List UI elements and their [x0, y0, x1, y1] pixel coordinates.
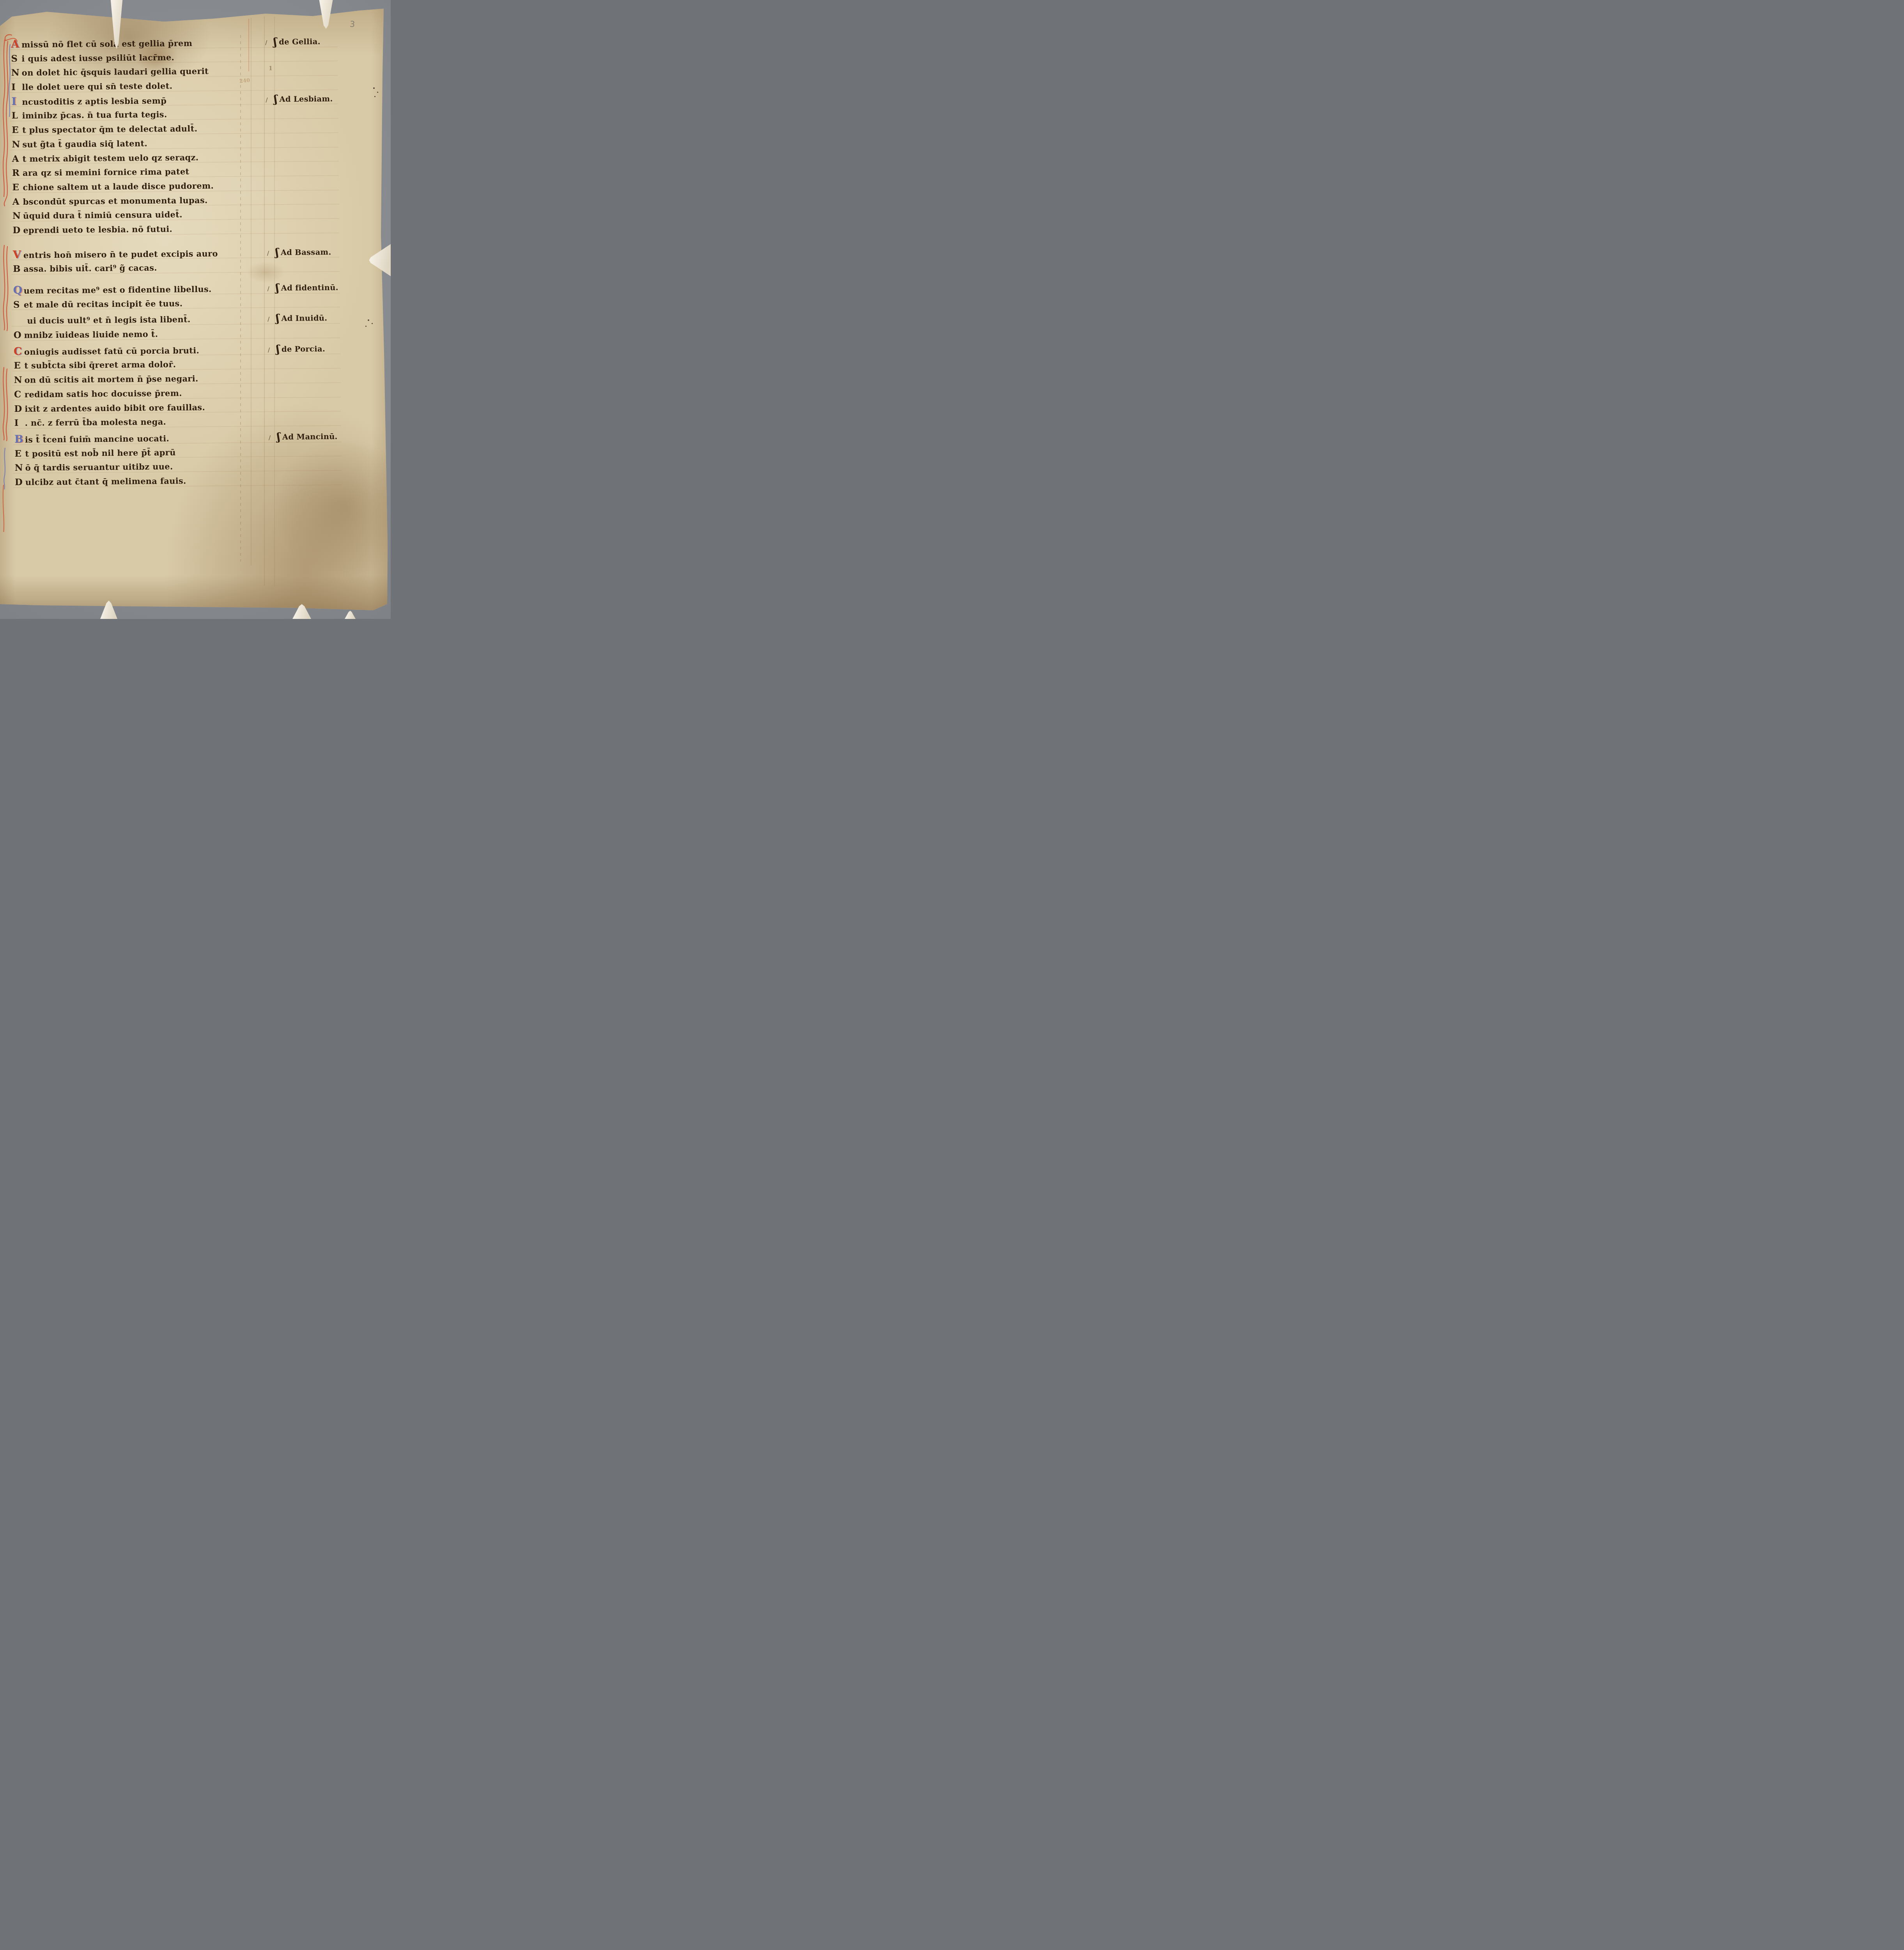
verse-text: mnibz īuideas liuide nemo t̄.	[24, 329, 158, 340]
rubric-label: Ad Bassam.	[281, 247, 331, 257]
verse-text: t metrix abigit testem uelo qz seraqz.	[23, 152, 199, 163]
verse-text: eprendi ueto te lesbia. nō futui.	[23, 224, 172, 235]
versal-initial: I	[11, 80, 22, 95]
verse-line: I. nc̄. z ferrū t̄ba molesta nega.	[14, 413, 346, 431]
verse-line: Deprendi ueto te lesbia. nō futui.	[12, 220, 345, 238]
rubric-label: Ad fidentinū.	[281, 283, 338, 292]
slash-mark-icon: ∕	[267, 285, 269, 292]
verse-line: Dulcibz aut c̄tant q̄ melimena fauis.	[15, 472, 347, 489]
rubric-label: Ad Mancinū.	[282, 432, 338, 441]
verse-text: ulcibz aut c̄tant q̄ melimena fauis.	[25, 476, 186, 487]
versal-initial: E	[14, 359, 24, 373]
versal-initial: B	[14, 433, 25, 447]
marginal-rubric: ∕ʃAd Lesbiam.	[272, 92, 333, 107]
rubric-label: Ad Lesbiam.	[279, 94, 333, 104]
verse-text: on dolet hic q̄squis laudari gellia quer…	[22, 66, 209, 78]
stray-mark: 240	[239, 78, 250, 85]
verse-text: . nc̄. z ferrū t̄ba molesta nega.	[25, 417, 166, 428]
paraph-icon: ʃ	[276, 343, 280, 355]
epigram-group: Ventris hon̄ misero n̄ te pudet excipis …	[13, 245, 345, 277]
ink-speck	[368, 319, 369, 321]
versal-initial: N	[11, 66, 22, 80]
verse-text: i quis adest iusse psiliūt lacr̄me.	[21, 52, 174, 63]
folio-number: 3	[349, 19, 355, 29]
slash-mark-icon: ∕	[265, 39, 267, 46]
versal-initial: B	[13, 262, 23, 277]
epigram-group: Incustoditis z aptis lesbia semp̄∕ʃAd Le…	[11, 92, 345, 238]
versal-initial: O	[14, 328, 24, 343]
versal-initial: N	[12, 138, 22, 152]
versal-initial: S	[13, 298, 24, 312]
versal-initial: A	[12, 195, 23, 209]
verse-text: ui ducis uult⁹ et n̄ legis ista libent̄.	[27, 314, 191, 326]
epigram-group: Bis t̄ t̄ceni fuim̄ mancine uocati.∕ʃAd …	[14, 429, 347, 489]
slash-mark-icon: ∕	[269, 434, 271, 441]
versal-initial: V	[13, 248, 23, 262]
versal-initial: L	[12, 109, 22, 123]
versal-initial: I	[14, 416, 25, 431]
versal-initial: N	[14, 373, 25, 388]
verse-text: chione saltem ut a laude disce pudorem.	[23, 181, 214, 192]
photograph-gray-background: Amissū nō flet cū sola est gellia p̄rem∕…	[0, 0, 391, 619]
versal-initial: S	[11, 51, 21, 66]
versal-initial: E	[12, 181, 23, 195]
marginal-rubric: ∕ʃde Gellia.	[271, 35, 321, 50]
verse-text: t subt̄cta sibi q̄reret arma dolor̄.	[24, 360, 176, 370]
versal-initial: N	[14, 461, 25, 475]
slash-mark-icon: ∕	[268, 346, 270, 353]
rubric-label: Ad Inuidū.	[281, 314, 327, 323]
verse-text: t positū est nob̄ nil here p̄t̄ aprū	[25, 447, 176, 458]
slash-mark-icon: ∕	[267, 250, 269, 257]
marginal-rubric: ∕ʃde Porcia.	[274, 342, 325, 357]
epigram-group: Coniugis audisset fatū cū porcia bruti.∕…	[14, 342, 347, 431]
text-block: Amissū nō flet cū sola est gellia p̄rem∕…	[11, 35, 347, 490]
verse-text: uem recitas me⁹ est o fidentine libellus…	[24, 284, 212, 296]
versal-initial: D	[12, 223, 23, 238]
verse-text: assa. bibis uit̄. cari⁹ g̃ cacas.	[23, 263, 157, 274]
versal-initial: E	[12, 123, 22, 138]
paraph-icon: ʃ	[277, 431, 280, 443]
versal-initial: E	[14, 447, 25, 461]
stray-mark: 1	[269, 66, 273, 72]
ink-speck	[374, 96, 375, 97]
slash-mark-icon: ∕	[266, 96, 267, 103]
verse-text: iminibz p̄cas. n̄ tua furta tegis.	[22, 110, 167, 121]
paraph-icon: ʃ	[276, 312, 279, 324]
epigram-group: Quem recitas me⁹ est o fidentine libellu…	[13, 281, 346, 312]
paraph-icon: ʃ	[275, 246, 279, 259]
paraph-icon: ʃ	[276, 282, 279, 294]
versal-initial: C	[14, 344, 24, 359]
verse-text: is t̄ t̄ceni fuim̄ mancine uocati.	[25, 433, 169, 444]
marginal-rubric: ∕ʃAd Inuidū.	[274, 311, 327, 326]
verse-text: ara qz si memini fornice rima patet	[23, 167, 190, 178]
verse-text: lle dolet uere qui sn̄ teste dolet.	[22, 81, 172, 92]
verse-line: Bassa. bibis uit̄. cari⁹ g̃ cacas.	[13, 259, 345, 277]
versal-initial: D	[14, 402, 25, 416]
versal-initial: D	[15, 475, 25, 490]
verse-text: missū nō flet cū sola est gellia p̄rem	[21, 38, 192, 50]
verse-text: et male dū recitas incipit ēe tuus.	[24, 298, 183, 310]
verse-line: Omnibz īuideas liuide nemo t̄.	[14, 326, 346, 343]
verse-text: ūquid dura t̄ nimiū censura uidet̄.	[23, 209, 182, 221]
mount-strap-bottom-icon	[345, 611, 356, 619]
versal-initial: A	[12, 152, 23, 166]
verse-text: t plus spectator q̄m te delectat adult̄.	[22, 124, 197, 135]
versal-initial: Q	[13, 284, 24, 298]
verse-text: oniugis audisset fatū cū porcia bruti.	[24, 346, 199, 357]
marginal-rubric: ∕ʃAd fidentinū.	[273, 281, 338, 296]
verse-text: on dū scitis ait mortem n̄ p̄se negari.	[25, 374, 198, 385]
marginal-rubric: ∕ʃAd Bassam.	[273, 245, 331, 260]
paraph-icon: ʃ	[273, 36, 277, 48]
versal-initial: I	[11, 95, 22, 109]
epigram-group: Amissū nō flet cū sola est gellia p̄rem∕…	[11, 35, 344, 95]
verse-text: entris hon̄ misero n̄ te pudet excipis a…	[23, 248, 218, 260]
versal-initial: C	[14, 388, 25, 402]
verse-text: sut g̃ta t̄ gaudia siq̄ latent.	[22, 138, 147, 149]
versal-initial: R	[12, 166, 23, 181]
verse-text: ixit z ardentes auido bibit ore fauillas…	[25, 402, 205, 413]
verse-text: redidam satis hoc docuisse p̄rem.	[25, 388, 182, 399]
ink-speck	[373, 87, 375, 89]
versal-initial: A	[11, 37, 21, 52]
paraph-icon: ʃ	[274, 93, 277, 105]
epigram-group: ui ducis uult⁹ et n̄ legis ista libent̄.…	[13, 311, 346, 343]
slash-mark-icon: ∕	[267, 316, 269, 323]
marginal-rubric: ∕ʃAd Mancinū.	[275, 430, 338, 445]
verse-text: bscondūt spurcas et monumenta lupas.	[23, 195, 208, 206]
versal-initial: N	[12, 209, 23, 223]
verse-line: Set male dū recitas incipit ēe tuus.	[13, 295, 345, 312]
verse-text: ncustoditis z aptis lesbia semp̄	[22, 96, 166, 106]
rubric-label: de Porcia.	[282, 344, 325, 354]
rubric-label: de Gellia.	[279, 37, 321, 46]
ink-speck	[365, 326, 367, 327]
parchment-page: Amissū nō flet cū sola est gellia p̄rem∕…	[0, 0, 391, 619]
verse-text: ō q̄ tardis seruantur uitibz uue.	[25, 462, 173, 473]
ink-speck	[377, 92, 378, 93]
ink-speck	[372, 323, 373, 324]
